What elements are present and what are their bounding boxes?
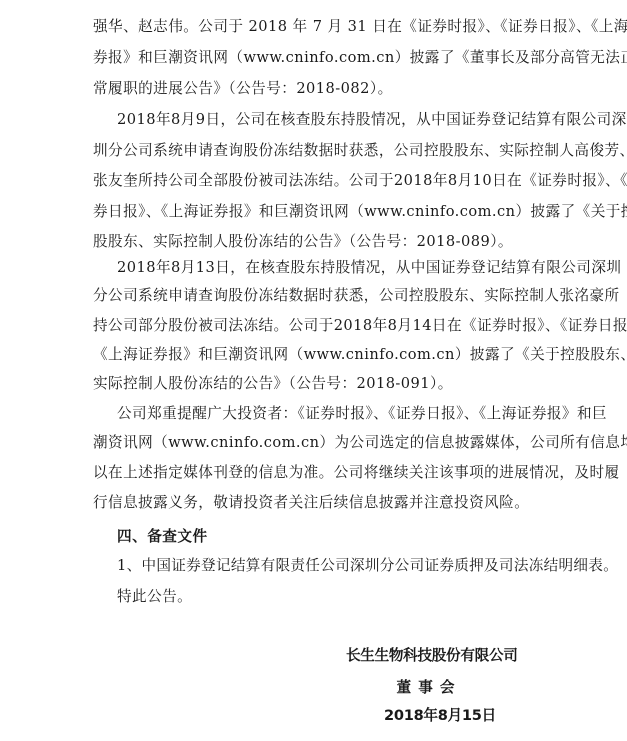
paragraph-line: 2018年8月9日，公司在核查股东持股情况，从中国证券登记结算有限公司深 [117, 109, 538, 131]
paragraph-line: 强华、赵志伟。公司于 2018 年 7 月 31 日在《证券时报》、《证券日报》… [93, 16, 538, 38]
paragraph-line: 潮资讯网（www.cninfo.com.cn）为公司选定的信息披露媒体，公司所有… [93, 432, 538, 454]
paragraph-line: 《上海证券报》和巨潮资讯网（www.cninfo.com.cn）披露了《关于控股… [93, 344, 538, 366]
paragraph-line: 券报》和巨潮资讯网（www.cninfo.com.cn）披露了《董事长及部分高管… [93, 47, 538, 69]
section-heading: 四、备查文件 [117, 526, 208, 548]
paragraph-line: 张友奎所持公司全部股份被司法冻结。公司于2018年8月10日在《证券时报》、《证 [93, 170, 538, 192]
signature-board: 董 事 会 [396, 677, 456, 699]
paragraph-line: 券日报》、《上海证券报》和巨潮资讯网（www.cninfo.com.cn）披露了… [93, 201, 538, 223]
paragraph-line: 常履职的进展公告》（公告号：2018-082）。 [93, 78, 538, 100]
paragraph-line: 2018年8月13日，在核查股东持股情况，从中国证券登记结算有限公司深圳 [117, 257, 538, 279]
paragraph-line: 实际控制人股份冻结的公告》（公告号：2018-091）。 [93, 373, 538, 395]
paragraph-line: 以在上述指定媒体刊登的信息为准。公司将继续关注该事项的进展情况，及时履 [93, 462, 538, 484]
document-page: 强华、赵志伟。公司于 2018 年 7 月 31 日在《证券时报》、《证券日报》… [0, 0, 627, 741]
paragraph-line: 分公司系统申请查询股份冻结数据时获悉，公司控股股东、实际控制人张洺豪所 [93, 285, 538, 307]
paragraph-line: 圳分公司系统申请查询股份冻结数据时获悉，公司控股股东、实际控制人高俊芳、 [93, 140, 538, 162]
paragraph-line: 股股东、实际控制人股份冻结的公告》（公告号：2018-089）。 [93, 231, 538, 253]
paragraph-line: 持公司部分股份被司法冻结。公司于2018年8月14日在《证券时报》、《证券日报》… [93, 315, 538, 337]
paragraph-line: 行信息披露义务，敬请投资者关注后续信息披露并注意投资风险。 [93, 492, 538, 514]
attachment-item: 1、中国证券登记结算有限责任公司深圳分公司证券质押及司法冻结明细表。 [117, 555, 538, 577]
closing-statement: 特此公告。 [117, 586, 538, 608]
paragraph-line: 公司郑重提醒广大投资者：《证券时报》、《证券日报》、《上海证券报》和巨 [117, 403, 538, 425]
signature-company: 长生生物科技股份有限公司 [346, 645, 506, 667]
signature-date: 2018年8月15日 [384, 705, 474, 727]
